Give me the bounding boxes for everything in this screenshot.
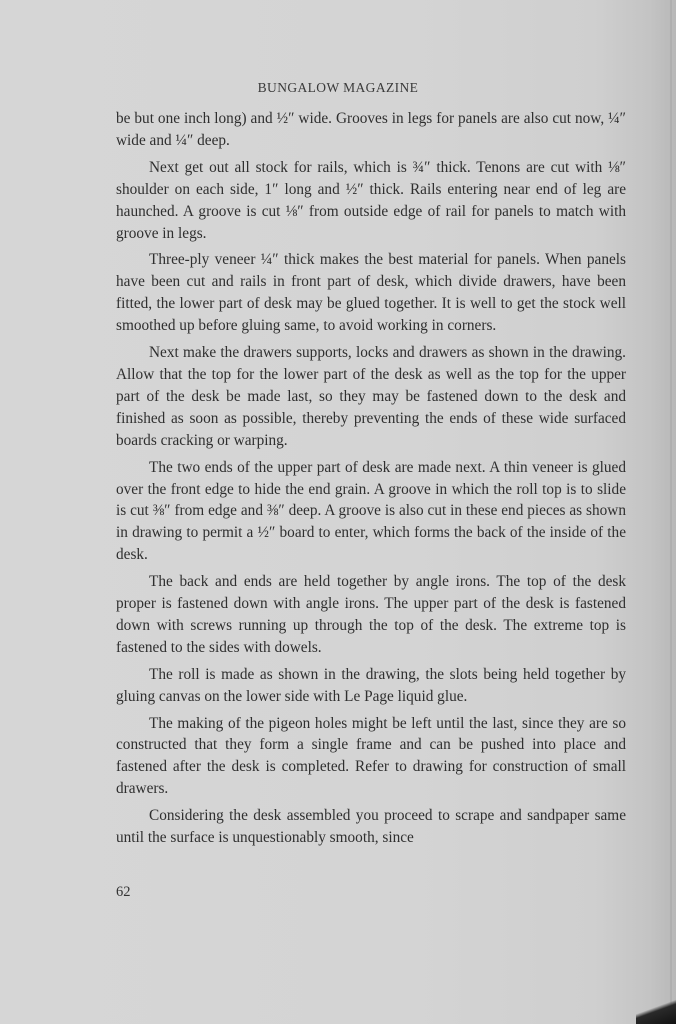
paragraph-veneer-panels: Three-ply veneer ¼″ thick makes the best… (116, 249, 626, 337)
paragraph-drawers: Next make the drawers supports, locks an… (116, 342, 626, 452)
scanned-page: BUNGALOW MAGAZINE be but one inch long) … (0, 0, 676, 1024)
paragraph-pigeon-holes: The making of the pigeon holes might be … (116, 713, 626, 801)
paragraph-upper-ends: The two ends of the upper part of desk a… (116, 457, 626, 567)
running-head: BUNGALOW MAGAZINE (0, 80, 676, 96)
body-text: be but one inch long) and ½″ wide. Groov… (116, 108, 626, 854)
page-number: 62 (116, 884, 131, 901)
paragraph-angle-irons: The back and ends are held together by a… (116, 571, 626, 659)
paragraph-sandpaper: Considering the desk assembled you proce… (116, 805, 626, 849)
page-corner-shadow (636, 994, 676, 1024)
paragraph-rails: Next get out all stock for rails, which … (116, 157, 626, 245)
paragraph-roll: The roll is made as shown in the drawing… (116, 664, 626, 708)
page-edge-shadow (670, 0, 672, 1024)
paragraph-continuation: be but one inch long) and ½″ wide. Groov… (116, 108, 626, 152)
